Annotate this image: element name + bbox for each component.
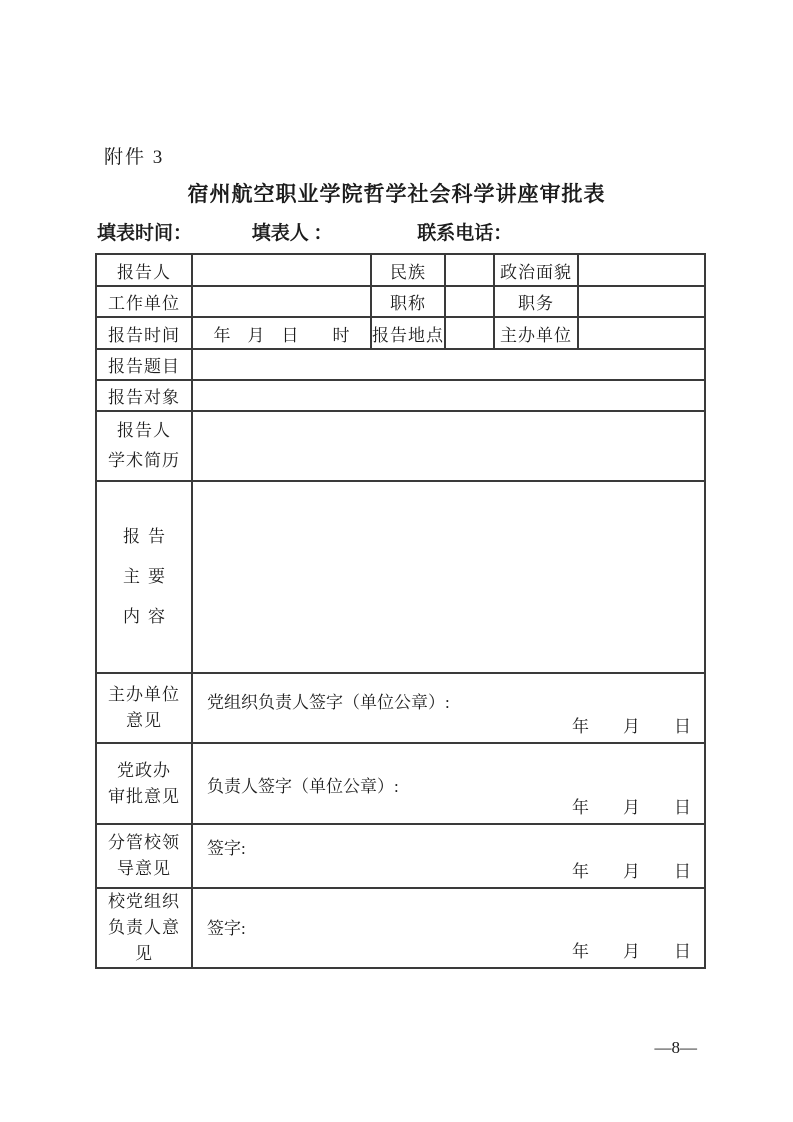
organizer-opinion-cell: 党组织负责人签字（单位公章）: 年 月 日	[192, 673, 705, 743]
document-page: 附件 3 宿州航空职业学院哲学社会科学讲座审批表 填表时间： 填表人 ： 联系电…	[0, 0, 793, 1122]
party-org-opinion-cell: 签字: 年 月 日	[192, 888, 705, 968]
row-organizer-opinion: 主办单位 意见 党组织负责人签字（单位公章）: 年 月 日	[96, 673, 705, 743]
academic-resume-label-line1: 报告人	[97, 416, 191, 446]
academic-resume-label: 报告人 学术简历	[96, 411, 192, 481]
prof-title-value	[445, 286, 494, 317]
academic-resume-value	[192, 411, 705, 481]
row-reporter: 报告人 民族 政治面貌	[96, 254, 705, 286]
phone-label: 联系电话：	[417, 223, 512, 244]
report-place-value	[445, 317, 494, 349]
organizer-opinion-label-line2: 意见	[97, 708, 191, 734]
page-number: —8—	[655, 1038, 698, 1058]
organizer-opinion-sign-label: 党组织负责人签字（单位公章）:	[207, 688, 450, 713]
academic-resume-label-line2: 学术简历	[97, 446, 191, 476]
school-leader-opinion-label: 分管校领 导意见	[96, 824, 192, 888]
report-time-label: 报告时间	[96, 317, 192, 349]
organizer-opinion-label: 主办单位 意见	[96, 673, 192, 743]
school-leader-opinion-date: 年 月 日	[572, 857, 691, 882]
party-admin-opinion-sign-label: 负责人签字（单位公章）:	[207, 772, 399, 797]
party-org-opinion-label-line1: 校党组织	[97, 889, 191, 915]
organizer-value	[578, 317, 705, 349]
organizer-opinion-label-line1: 主办单位	[97, 682, 191, 708]
duty-label: 职务	[494, 286, 578, 317]
report-audience-label: 报告对象	[96, 380, 192, 411]
work-unit-label: 工作单位	[96, 286, 192, 317]
report-place-label: 报告地点	[371, 317, 445, 349]
work-unit-value	[192, 286, 371, 317]
reporter-label: 报告人	[96, 254, 192, 286]
main-content-label: 报告 主要 内容	[96, 481, 192, 673]
party-org-opinion-label: 校党组织 负责人意 见	[96, 888, 192, 968]
filler-label: 填表人 ：	[252, 223, 333, 244]
school-leader-opinion-sign-label: 签字:	[207, 834, 246, 859]
row-work-unit: 工作单位 职称 职务	[96, 286, 705, 317]
party-admin-opinion-label-line2: 审批意见	[97, 784, 191, 810]
row-report-topic: 报告题目	[96, 349, 705, 380]
main-content-value	[192, 481, 705, 673]
politics-label: 政治面貌	[494, 254, 578, 286]
report-topic-value	[192, 349, 705, 380]
row-party-admin-opinion: 党政办 审批意见 负责人签字（单位公章）: 年 月 日	[96, 743, 705, 824]
party-org-opinion-date: 年 月 日	[572, 937, 691, 962]
party-admin-opinion-label-line1: 党政办	[97, 758, 191, 784]
party-org-opinion-label-line2: 负责人意	[97, 915, 191, 941]
main-content-label-line3: 内容	[97, 597, 191, 637]
party-org-opinion-label-line3: 见	[97, 941, 191, 967]
school-leader-opinion-label-line1: 分管校领	[97, 830, 191, 856]
attachment-label: 附件 3	[104, 142, 164, 169]
party-admin-opinion-date: 年 月 日	[572, 793, 691, 818]
politics-value	[578, 254, 705, 286]
school-leader-opinion-cell: 签字: 年 月 日	[192, 824, 705, 888]
main-content-label-line2: 主要	[97, 557, 191, 597]
party-org-opinion-sign-label: 签字:	[207, 914, 246, 939]
party-admin-opinion-cell: 负责人签字（单位公章）: 年 月 日	[192, 743, 705, 824]
row-report-audience: 报告对象	[96, 380, 705, 411]
organizer-opinion-date: 年 月 日	[572, 712, 691, 737]
meta-line: 填表时间： 填表人 ： 联系电话：	[97, 218, 512, 245]
approval-table: 报告人 民族 政治面貌 工作单位 职称 职务 报告时间 年 月 日 时 报告地点	[95, 253, 706, 969]
fill-time-label: 填表时间：	[97, 223, 192, 244]
duty-value	[578, 286, 705, 317]
row-academic-resume: 报告人 学术简历	[96, 411, 705, 481]
report-audience-value	[192, 380, 705, 411]
ethnicity-label: 民族	[371, 254, 445, 286]
party-admin-opinion-label: 党政办 审批意见	[96, 743, 192, 824]
ethnicity-value	[445, 254, 494, 286]
school-leader-opinion-label-line2: 导意见	[97, 856, 191, 882]
prof-title-label: 职称	[371, 286, 445, 317]
row-main-content: 报告 主要 内容	[96, 481, 705, 673]
main-content-label-line1: 报告	[97, 517, 191, 557]
report-time-value: 年 月 日 时	[192, 317, 371, 349]
reporter-value	[192, 254, 371, 286]
organizer-label: 主办单位	[494, 317, 578, 349]
form-title: 宿州航空职业学院哲学社会科学讲座审批表	[0, 178, 793, 208]
row-report-time: 报告时间 年 月 日 时 报告地点 主办单位	[96, 317, 705, 349]
row-party-org-opinion: 校党组织 负责人意 见 签字: 年 月 日	[96, 888, 705, 968]
report-topic-label: 报告题目	[96, 349, 192, 380]
row-school-leader-opinion: 分管校领 导意见 签字: 年 月 日	[96, 824, 705, 888]
